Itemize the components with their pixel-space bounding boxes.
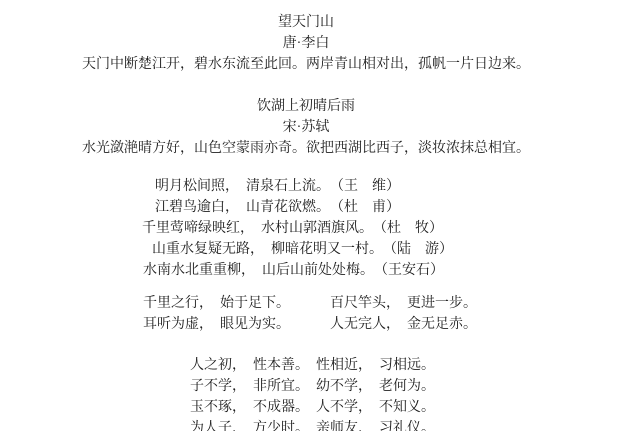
poem-section-1: 望天门山 唐·李白 天门中断楚江开，碧水东流至此回。两岸青山相对出，孤帆一片日边… (0, 12, 612, 75)
proverb-row: 千里之行， 始于足下。 百尺竿头， 更进一步。 (0, 293, 640, 314)
proverb-left: 耳听为虚， 眼见为实。 (143, 314, 290, 335)
sanzijing-line: 玉不琢， 不成器。 人不学， 不知义。 (190, 397, 640, 418)
sanzijing-section: 人之初， 性本善。 性相近， 习相远。 子不学， 非所宜。 幼不学， 老何为。 … (0, 355, 640, 431)
poem-title: 饮湖上初晴后雨 (0, 96, 612, 117)
proverbs-section: 千里之行， 始于足下。 百尺竿头， 更进一步。 耳听为虚， 眼见为实。 人无完人… (0, 293, 640, 335)
couplet-line: 水南水北重重柳， 山后山前处处梅。 （王安石） (143, 260, 640, 281)
poem-title: 望天门山 (0, 12, 612, 33)
sanzijing-line: 人之初， 性本善。 性相近， 习相远。 (190, 355, 640, 376)
sanzijing-line: 为人子， 方少时。 亲师友， 习礼仪。 (190, 418, 640, 431)
document-page: 望天门山 唐·李白 天门中断楚江开，碧水东流至此回。两岸青山相对出，孤帆一片日边… (0, 0, 640, 431)
proverb-row: 耳听为虚， 眼见为实。 人无完人， 金无足赤。 (0, 314, 640, 335)
poem-section-2: 饮湖上初晴后雨 宋·苏轼 水光潋滟晴方好，山色空蒙雨亦奇。欲把西湖比西子，淡妆浓… (0, 96, 612, 159)
poem-author: 唐·李白 (0, 33, 612, 54)
sanzijing-line: 子不学， 非所宜。 幼不学， 老何为。 (190, 376, 640, 397)
poem-author: 宋·苏轼 (0, 117, 612, 138)
proverb-right: 百尺竿头， 更进一步。 (330, 293, 477, 314)
proverb-left: 千里之行， 始于足下。 (143, 293, 290, 314)
poem-body: 天门中断楚江开，碧水东流至此回。两岸青山相对出，孤帆一片日边来。 (0, 54, 612, 75)
couplet-line: 千里莺啼绿映红， 水村山郭酒旗风。 （杜 牧） (142, 218, 640, 239)
couplet-list-section: 明月松间照， 清泉石上流。 （王 维） 江碧鸟逾白， 山青花欲燃。 （杜 甫） … (0, 176, 640, 281)
couplet-line: 江碧鸟逾白， 山青花欲燃。 （杜 甫） (155, 197, 640, 218)
couplet-line: 明月松间照， 清泉石上流。 （王 维） (155, 176, 640, 197)
couplet-line: 山重水复疑无路， 柳暗花明又一村。 （陆 游） (152, 239, 640, 260)
poem-body: 水光潋滟晴方好，山色空蒙雨亦奇。欲把西湖比西子，淡妆浓抹总相宜。 (0, 138, 612, 159)
proverb-right: 人无完人， 金无足赤。 (330, 314, 477, 335)
